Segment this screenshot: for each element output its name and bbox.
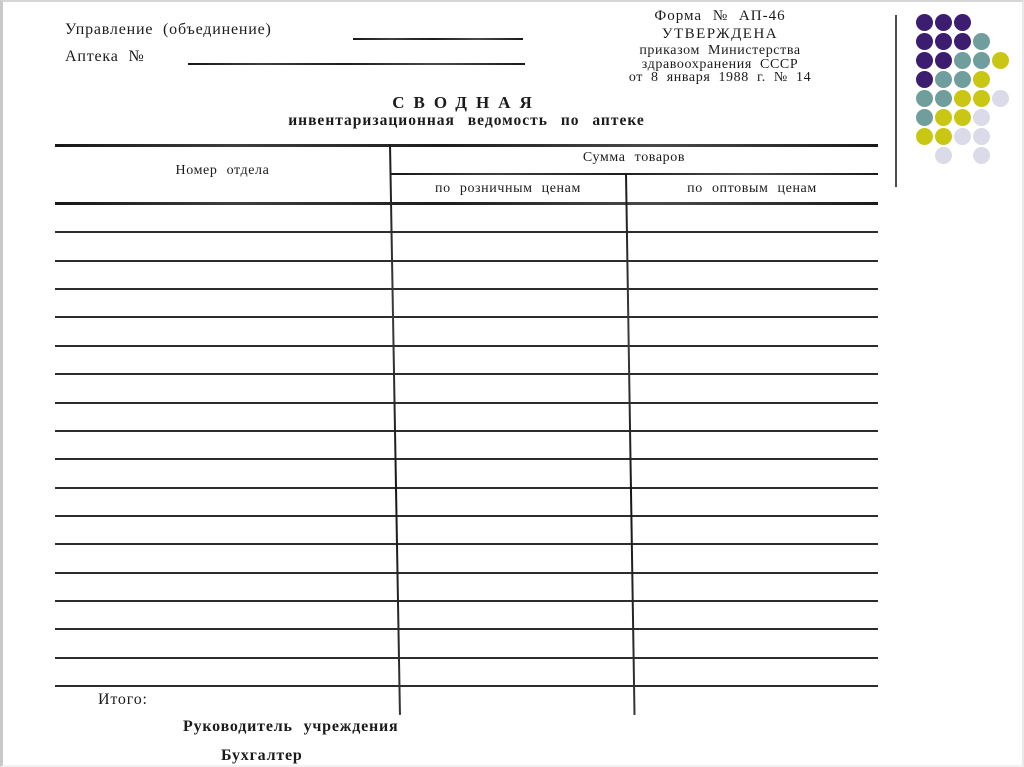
accountant-signature-label: Бухгалтер xyxy=(221,747,303,765)
decor-dot xyxy=(916,52,933,69)
decor-dot xyxy=(935,33,952,50)
table-row xyxy=(55,489,878,517)
table-row xyxy=(55,205,878,233)
table-row xyxy=(55,262,878,290)
decor-vertical-rule xyxy=(895,15,897,187)
head-of-institution-signature-label: Руководитель учреждения xyxy=(183,718,398,736)
approved-by-line-1: приказом Министерства xyxy=(585,44,855,58)
decor-dot xyxy=(935,90,952,107)
form-number: Форма № АП-46 xyxy=(585,7,855,25)
table-row xyxy=(55,517,878,545)
document-title: СВОДНАЯ xyxy=(55,93,878,113)
decor-dot xyxy=(992,90,1009,107)
approval-block: Форма № АП-46 УТВЕРЖДЕНА приказом Минист… xyxy=(585,7,855,85)
approved-by-line-3: от 8 января 1988 г. № 14 xyxy=(585,71,855,85)
approved-stamp: УТВЕРЖДЕНА xyxy=(585,25,855,44)
table-row xyxy=(55,602,878,630)
decor-dot xyxy=(935,14,952,31)
decor-dot xyxy=(916,90,933,107)
decor-dot xyxy=(935,71,952,88)
table-row xyxy=(55,432,878,460)
table-row xyxy=(55,347,878,375)
table-row xyxy=(55,659,878,687)
pharmacy-number-blank-line xyxy=(188,63,525,65)
slide-scanned-form: Управление (объединение) Аптека № Форма … xyxy=(0,0,1024,767)
table-row xyxy=(55,375,878,403)
decor-dot xyxy=(916,71,933,88)
approved-by-line-2: здравоохранения СССР xyxy=(585,58,855,72)
table-top-rule xyxy=(55,144,878,147)
decor-dot xyxy=(935,109,952,126)
table-body-rows xyxy=(55,205,878,687)
table-row xyxy=(55,404,878,432)
inventory-table: Номер отдела Сумма товаров по розничным … xyxy=(55,144,878,715)
decor-dot xyxy=(954,90,971,107)
table-row xyxy=(55,630,878,658)
decor-dot xyxy=(954,71,971,88)
decor-dot xyxy=(973,147,990,164)
pharmacy-number-label: Аптека № xyxy=(65,48,145,66)
group-header-rule xyxy=(390,173,878,175)
decor-dot xyxy=(916,128,933,145)
decor-dot xyxy=(916,33,933,50)
decor-dot xyxy=(992,52,1009,69)
decor-dot xyxy=(973,71,990,88)
document-subtitle: инвентаризационная ведомость по аптеке xyxy=(55,112,878,130)
table-row xyxy=(55,574,878,602)
table-row xyxy=(55,290,878,318)
decor-dot xyxy=(954,33,971,50)
decor-dot xyxy=(954,52,971,69)
decor-dot xyxy=(973,52,990,69)
total-label: Итого: xyxy=(98,691,148,709)
decor-dot xyxy=(973,90,990,107)
decor-dot xyxy=(916,14,933,31)
decor-dot xyxy=(935,147,952,164)
table-row xyxy=(55,318,878,346)
management-blank-line xyxy=(353,38,523,40)
decor-dot xyxy=(954,109,971,126)
column-header-wholesale: по оптовым ценам xyxy=(626,181,878,197)
column-header-department: Номер отдела xyxy=(55,163,390,179)
decor-dot xyxy=(954,128,971,145)
table-row xyxy=(55,460,878,488)
column-group-header-amount: Сумма товаров xyxy=(390,150,878,166)
column-header-retail: по розничным ценам xyxy=(390,181,626,197)
decor-dot xyxy=(935,52,952,69)
decor-dot xyxy=(973,128,990,145)
decor-dot xyxy=(954,14,971,31)
table-row xyxy=(55,233,878,261)
table-row xyxy=(55,545,878,573)
management-label: Управление (объединение) xyxy=(65,21,272,39)
decor-dot xyxy=(935,128,952,145)
decor-dot xyxy=(916,109,933,126)
decor-dot xyxy=(973,109,990,126)
decor-dot xyxy=(973,33,990,50)
